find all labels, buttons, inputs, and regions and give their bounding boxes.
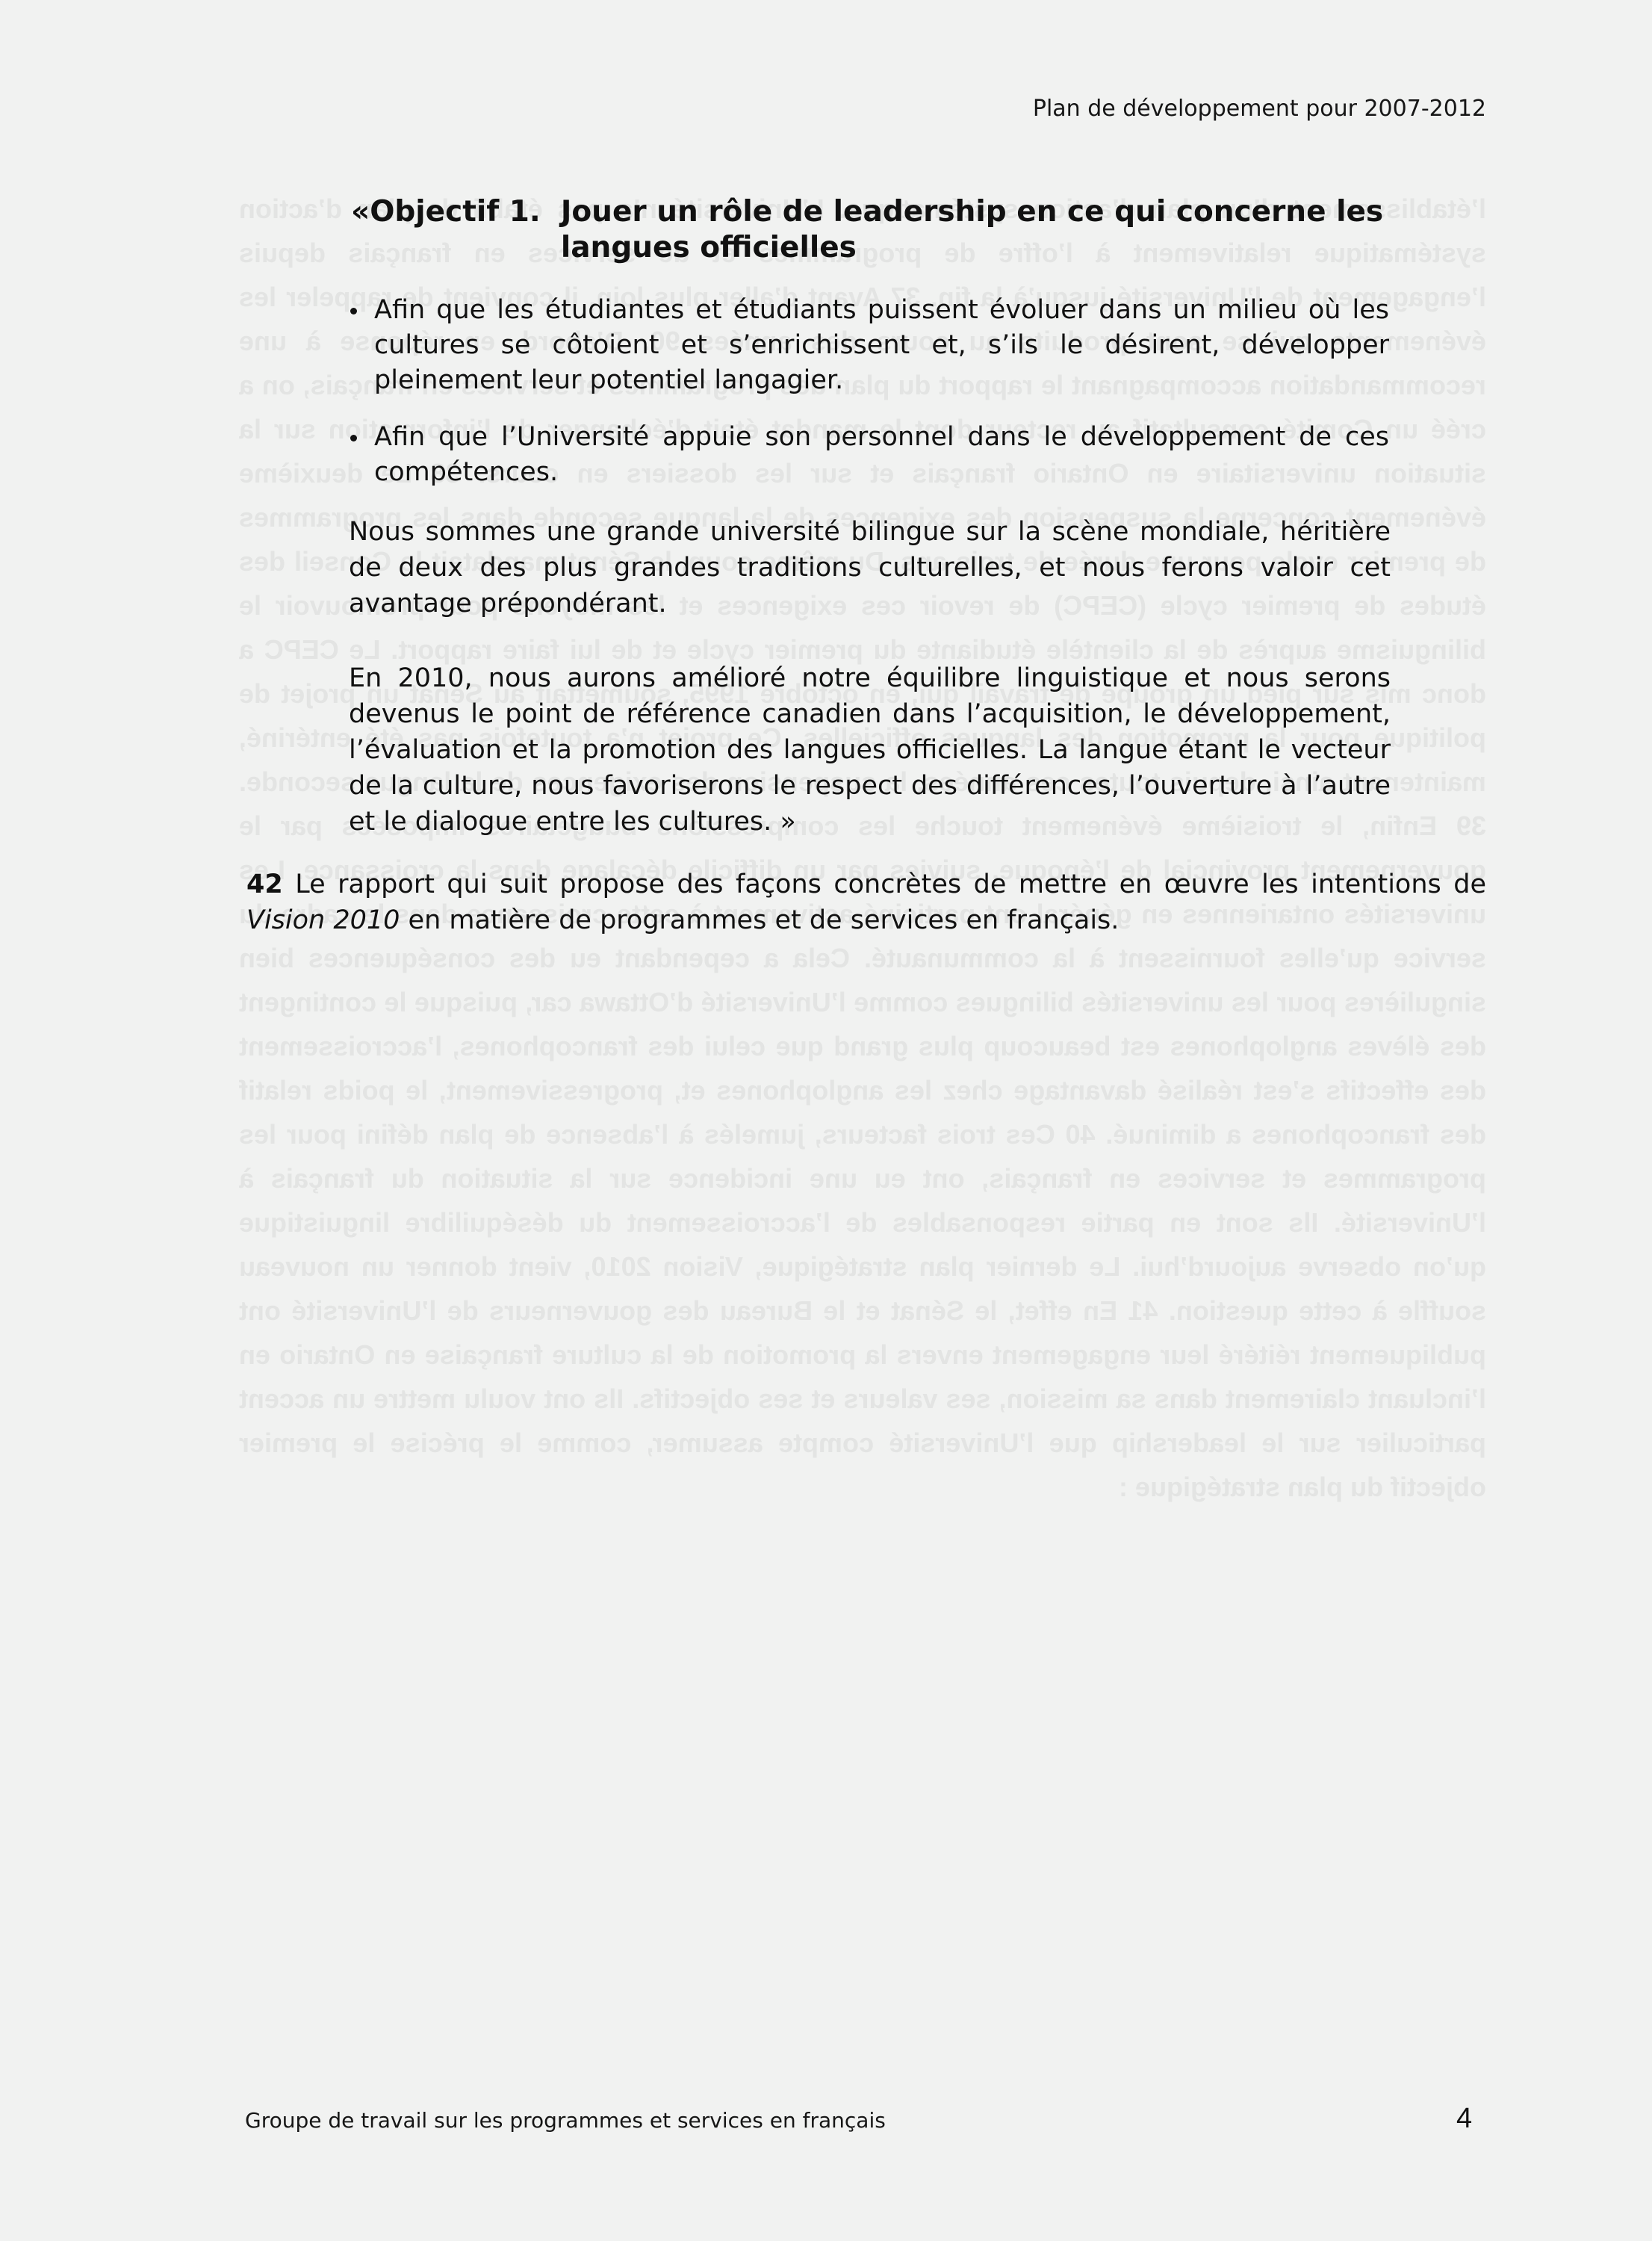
bullet-icon <box>350 435 357 441</box>
running-header: Plan de développement pour 2007-2012 <box>1033 96 1486 122</box>
paragraph-2010-vision: En 2010, nous aurons amélioré notre équi… <box>349 660 1391 840</box>
page-number: 4 <box>1456 2103 1472 2135</box>
numbered-paragraph-42: 42 Le rapport qui suit propose des façon… <box>246 867 1486 938</box>
bullet-icon <box>350 308 357 314</box>
objective-bullet-list: Afin que les étudiantes et étudiants pui… <box>347 293 1389 512</box>
paragraph-emphasis: Vision 2010 <box>246 905 400 935</box>
objective-heading: «Objectif 1. Jouer un rôle de leadership… <box>351 194 1389 266</box>
objective-number: «Objectif 1. <box>351 194 561 266</box>
bullet-item: Afin que l’Université appuie son personn… <box>347 420 1389 490</box>
paragraph-text-after: en matière de programmes et de services … <box>400 905 1119 935</box>
bullet-text: Afin que l’Université appuie son personn… <box>374 422 1389 487</box>
bullet-item: Afin que les étudiantes et étudiants pui… <box>347 293 1389 398</box>
paragraph-bilingual-university: Nous sommes une grande université biling… <box>349 514 1391 622</box>
paragraph-text-before: Le rapport qui suit propose des façons c… <box>283 870 1486 899</box>
bullet-text: Afin que les étudiantes et étudiants pui… <box>374 295 1389 395</box>
objective-title: Jouer un rôle de leadership en ce qui co… <box>561 194 1389 266</box>
footer-label: Groupe de travail sur les programmes et … <box>245 2108 886 2133</box>
paragraph-number: 42 <box>246 870 283 899</box>
